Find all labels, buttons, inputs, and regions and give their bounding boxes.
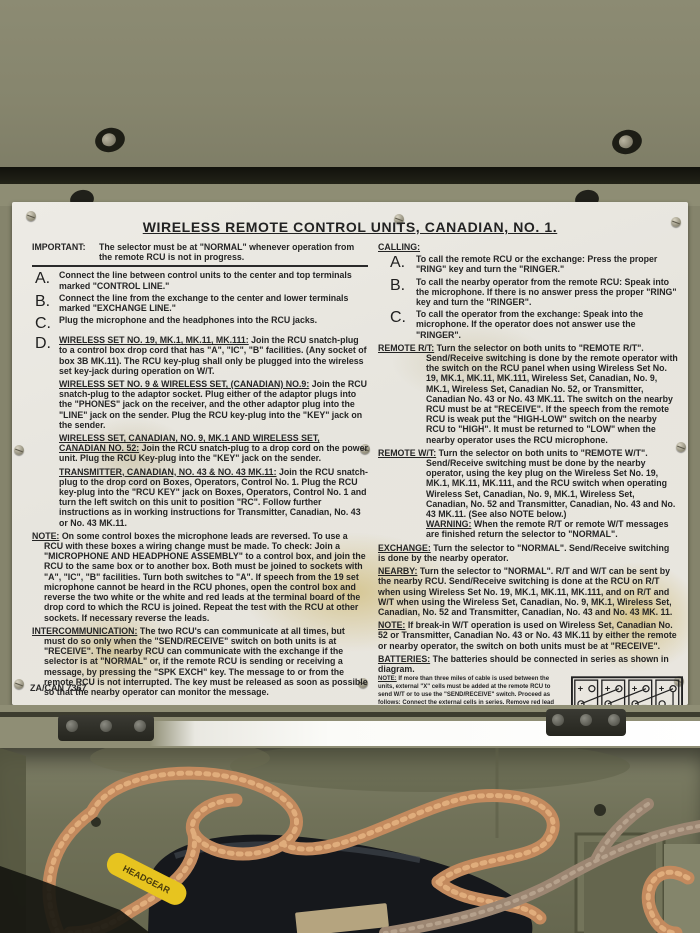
section-intro: Turn the selector on both units to "REMO… [437,343,644,353]
section-heading: WIRELESS SET NO. 9 & WIRELESS SET, (CANA… [59,379,309,389]
item-letter: C. [378,309,416,340]
important-label: IMPORTANT: [32,242,94,262]
hinge-knuckle [134,720,146,732]
list-item: B. Connect the line from the exchange to… [32,293,368,313]
section: WIRELESS SET NO. 9 & WIRELESS SET, (CANA… [59,379,368,430]
section: TRANSMITTER, CANADIAN, NO. 43 & NO. 43 M… [59,467,368,528]
left-sections: WIRELESS SET NO. 9 & WIRELESS SET, (CANA… [59,379,368,528]
nearby-paragraph: NEARBY: Turn the selector to "NORMAL". R… [378,566,678,617]
note-label: NOTE: [378,676,397,682]
list-item: B. To call the nearby operator from the … [378,277,678,308]
item-text: Plug the microphone and the headphones i… [59,315,368,333]
list-item: A. Connect the line between control unit… [32,270,368,290]
remote-wt-body: Send/Receive switching must be done by t… [426,458,678,519]
screw-icon [14,679,24,689]
note-text: If more than three miles of cable is use… [378,676,559,705]
lid-seam [0,167,700,184]
item-text: To call the operator from the exchange: … [416,309,678,340]
calling-items: A. To call the remote RCU or the exchang… [378,254,678,340]
plate-part-number: ZA/CAN 7367 [30,683,87,693]
hinge-knuckle [100,720,112,732]
item-letter: D. [32,335,59,376]
intercom-label: INTERCOMMUNICATION: [32,626,137,636]
item-letter: B. [32,293,59,313]
note-label: NOTE: [32,531,59,541]
item-text: Connect the line from the exchange to th… [59,293,368,313]
list-item: C. Plug the microphone and the headphone… [32,315,368,333]
warning-paragraph: WARNING: When the remote R/T or remote W… [426,519,678,539]
left-column: IMPORTANT: The selector must be at "NORM… [32,242,368,705]
battery-diagram: + + + + − − − − [571,676,683,705]
section-heading: REMOTE R/T: [378,343,434,353]
note-text: If break-in W/T operation is used on Wir… [378,620,677,650]
hinge-left [58,715,154,741]
bolt-hole [594,804,606,816]
hinge-knuckle [552,714,564,726]
hinge-knuckle [66,720,78,732]
intercom-text: The two RCU's can communicate at all tim… [44,626,368,697]
exchange-paragraph: EXCHANGE: Turn the selector to "NORMAL".… [378,543,678,563]
item-letter: B. [378,277,416,308]
remote-rt-body: Send/Receive switching is done by the re… [426,353,678,445]
plate-title: WIRELESS REMOTE CONTROL UNITS, CANADIAN,… [12,219,688,235]
section-heading: REMOTE W/T: [378,448,436,458]
hinge-right [546,709,626,736]
right-wall [664,844,700,933]
compartment-contents: HEADGEAR [0,748,700,933]
divider [32,265,368,267]
note-label: NOTE: [378,620,405,630]
hinge-knuckle [608,714,620,726]
list-item: A. To call the remote RCU or the exchang… [378,254,678,274]
battery-note: NOTE: If more than three miles of cable … [378,676,566,705]
section-heading: EXCHANGE: [378,543,431,553]
item-text: Connect the line between control units t… [59,270,368,290]
important-text: The selector must be at "NORMAL" wheneve… [99,242,368,262]
item-text: WIRELESS SET NO. 19, MK.1, MK.11, MK.111… [59,335,368,376]
storage-compartment: HEADGEAR [0,748,700,933]
warning-label: WARNING: [426,519,471,529]
battery-block: NOTE: If more than three miles of cable … [378,676,678,705]
important-note: IMPORTANT: The selector must be at "NORM… [32,242,368,262]
section-heading: NEARBY: [378,566,417,576]
batteries-paragraph: BATTERIES: The batteries should be conne… [378,654,678,674]
item-text: To call the remote RCU or the exchange: … [416,254,678,274]
right-column: CALLING: A. To call the remote RCU or th… [378,242,678,705]
item-letter: C. [32,315,59,333]
list-item: C. To call the operator from the exchang… [378,309,678,340]
instruction-plate: WIRELESS REMOTE CONTROL UNITS, CANADIAN,… [12,202,688,705]
section: WIRELESS SET, CANADIAN, NO. 9, MK.1 AND … [59,433,368,464]
section-intro: Turn the selector on both units to "REMO… [439,448,648,458]
list-item: D. WIRELESS SET NO. 19, MK.1, MK.11, MK.… [32,335,368,376]
section-text: Turn the selector to "NORMAL". R/T and W… [378,566,672,617]
section-heading: TRANSMITTER, CANADIAN, NO. 43 & NO. 43 M… [59,467,277,477]
screw-icon [618,134,635,150]
screw-icon [101,132,118,148]
shadow [230,748,630,792]
remote-wt-heading: REMOTE W/T: Turn the selector on both un… [378,448,678,458]
lid-fastener-hole-right [610,127,645,158]
section-heading: BATTERIES: [378,654,430,664]
item-text: To call the nearby operator from the rem… [416,277,678,308]
item-letter: A. [32,270,59,290]
item-letter: A. [378,254,416,274]
screw-icon [14,445,24,455]
note-text: On some control boxes the microphone lea… [44,531,366,623]
plus-terminal: + [578,684,584,695]
note-paragraph: NOTE: If break-in W/T operation is used … [378,620,678,651]
hinge-knuckle [580,714,592,726]
lid-fastener-hole-left [93,125,128,156]
calling-label: CALLING: [378,242,678,252]
remote-rt-heading: REMOTE R/T: Turn the selector on both un… [378,343,678,353]
battery-series-diagram: + + + + − − − − [571,676,683,705]
section-heading: WIRELESS SET NO. 19, MK.1, MK.11, MK.111… [59,335,249,345]
note-paragraph: NOTE: On some control boxes the micropho… [32,531,368,623]
equipment-lid [0,0,700,170]
